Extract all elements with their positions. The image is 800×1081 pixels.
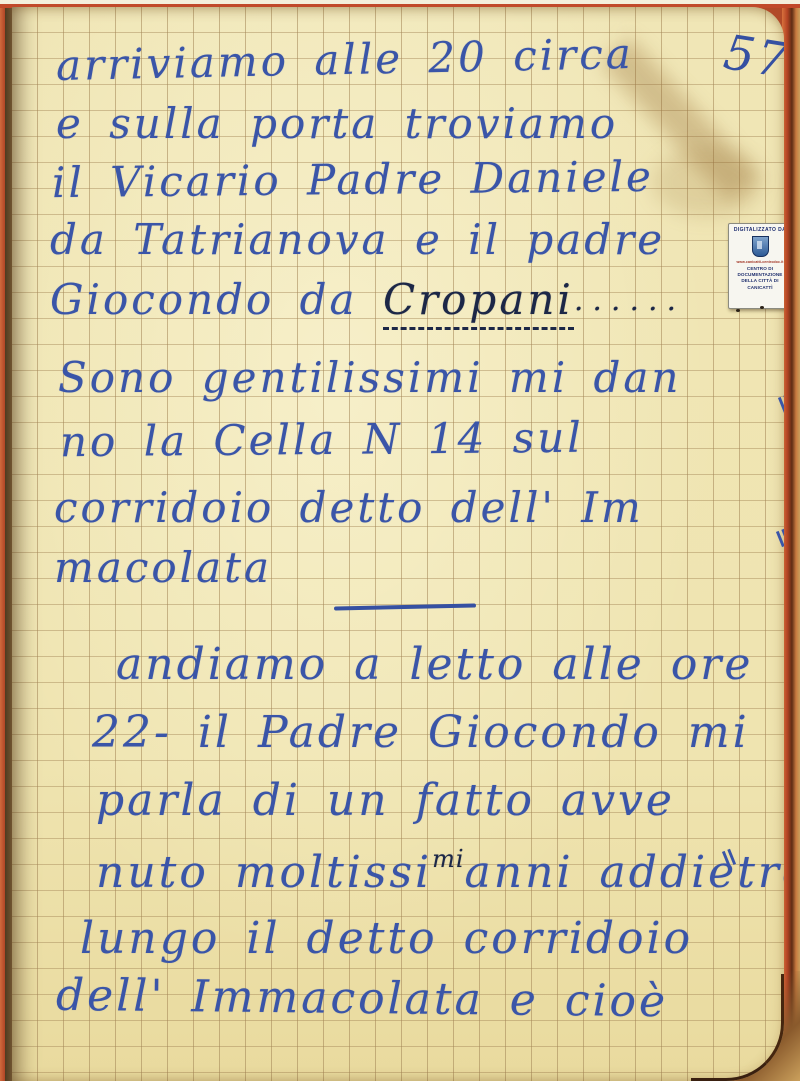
handwritten-line: 22- il Padre Giocondo mi [92,707,750,758]
handwritten-line: Sono gentilissimi mi dan [58,353,681,402]
separator-stroke [334,604,476,611]
handwritten-line: dell' Immacolata e cioè [56,970,669,1027]
hyphenation-mark: = [765,522,784,553]
handwritten-line: andiamo a letto alle ore [116,639,753,690]
handwritten-line: Giocondo da Cropani...... [50,275,685,324]
handwritten-line: no la Cella N 14 sul [60,413,584,467]
handwritten-line: corridoio detto dell' Im [54,483,644,532]
book-cover-right-edge [782,0,800,1081]
stamp-org-line2: DELLA CITTÀ DI CANICATTÌ [730,278,784,290]
handwritten-line: da Tatrianova e il padre [50,215,665,264]
handwritten-line: nuto moltissimianni addietro [96,845,784,898]
page-number: 57 [720,24,784,89]
ink-speck [736,309,740,312]
place-name-underlined: Cropani [383,275,574,330]
paper-stain [652,147,762,217]
inserted-word: mi [432,845,464,873]
digitization-stamp: DIGITALIZZATO DA www.canicatti-centrodoc… [728,223,784,309]
trailing-dots: ...... [574,283,685,318]
notebook-page: 57 arriviamo alle 20 circa e sulla porta… [12,7,784,1081]
handwritten-line: il Vicario Padre Daniele [52,152,654,207]
hyphenation-mark: = [767,388,784,419]
stamp-url: www.canicatti-centrodoc.it [736,260,783,264]
line-text: nuto moltissi [96,847,432,898]
handwritten-line: e sulla porta troviamo [56,99,618,148]
line-text: Giocondo da [50,275,383,324]
ink-speck [760,306,764,309]
stamp-header: DIGITALIZZATO DA [734,227,784,233]
stamp-org-line1: CENTRO DI DOCUMENTAZIONE [730,266,784,278]
handwritten-line: arriviamo alle 20 circa [56,29,635,90]
handwritten-line: macolata [54,543,272,592]
handwritten-line: lungo il detto corridoio [80,913,693,964]
city-crest-icon [752,236,769,257]
handwritten-line: parla di un fatto avve [96,775,675,826]
